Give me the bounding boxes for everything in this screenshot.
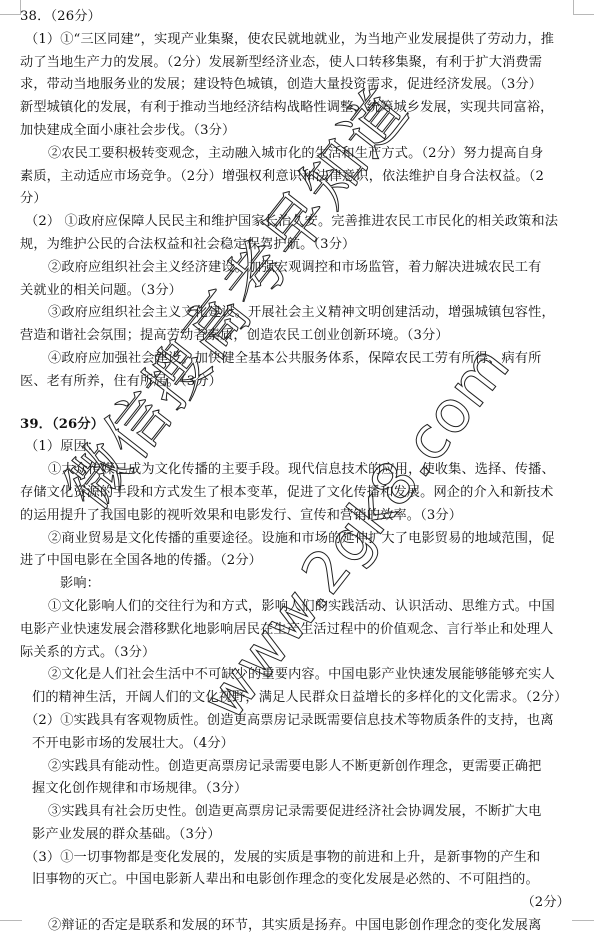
answer-line: （3）①一切事物都是变化发展的，发展的实质是事物的前进和上升，是新事物的产生和 <box>20 847 584 870</box>
question-heading: 39．（26分） <box>20 414 584 437</box>
answer-line: ④政府应加强社会建设。加快健全基本公共服务体系，保障农民工劳有所得、病有所 <box>20 348 584 371</box>
answer-line: ③实践具有社会历史性。创造更高票房记录需要促进经济社会协调发展，不断扩大电 <box>20 801 584 824</box>
answer-line: 不开电影市场的发展壮大。（4分） <box>20 733 584 756</box>
answer-line: 分） <box>20 188 584 211</box>
answer-line: 的运用提升了我国电影的视听效果和电影发行、宣传和营销的效率。（3分） <box>20 505 584 528</box>
answer-line: 关就业的相关问题。（3分） <box>20 280 584 303</box>
answer-line: 握文化创作规律和市场规律。（3分） <box>20 778 584 801</box>
page-corner-mark <box>0 0 21 15</box>
page-corner-mark <box>0 920 22 935</box>
answer-line: 加快建成全面小康社会步伐。（3分） <box>20 120 584 143</box>
section-gap <box>20 394 584 414</box>
answer-line: ②文化是人们社会生活中不可缺少的重要内容。中国电影产业快速发展能够能够充实人 <box>20 664 584 687</box>
answer-line: ①文化影响人们的交往行为和方式，影响人们的实践活动、认识活动、思维方式。中国 <box>20 596 584 619</box>
question-heading: 38．（26分） <box>20 6 584 29</box>
answer-line: 营造和谐社会氛围；提高劳动者素质，创造农民工创业创新环境。（3分） <box>20 325 584 348</box>
answer-line: ①大众传媒已成为文化传播的主要手段。现代信息技术的应用，使收集、选择、传播、 <box>20 459 584 482</box>
answer-line: 新型城镇化的发展，有利于推动当地经济结构战略性调整，统筹城乡发展，实现共同富裕， <box>20 97 584 120</box>
answer-line: ②商业贸易是文化传播的重要途径。设施和市场的延伸扩大了电影贸易的地域范围，促 <box>20 528 584 551</box>
answer-line: （1）①“三区同建”，实现产业集聚，使农民就地就业，为当地产业发展提供了劳动力，… <box>20 29 584 52</box>
answer-line: 际关系的方式。（3分） <box>20 642 584 665</box>
answer-line: 电影产业快速发展会潜移默化地影响居民在生产生活过程中的价值观念、言行举止和处理人 <box>20 619 584 642</box>
answer-line: （1）原因： <box>20 436 584 459</box>
question-38-answer: 38．（26分） （1）①“三区同建”，实现产业集聚，使农民就地就业，为当地产业… <box>20 6 584 394</box>
answer-line: 影产业发展的群众基础。（3分） <box>20 824 584 847</box>
answer-line: 们的精神生活，开阔人们的文化视野，满足人民群众日益增长的多样化的文化需求。（2分… <box>20 687 584 710</box>
question-39-answer: 39．（26分） （1）原因： ①大众传媒已成为文化传播的主要手段。现代信息技术… <box>20 414 584 935</box>
answer-line: ②政府应组织社会主义经济建设。加强宏观调控和市场监管，着力解决进城农民工有 <box>20 257 584 280</box>
answer-line: 动了当地生产力的发展。（2分）发展新型经济业态，使人口转移集聚，有利于扩大消费需 <box>20 52 584 75</box>
answer-subheading: 影响： <box>20 573 584 596</box>
answer-line: 医、老有所养，住有所居。（3分） <box>20 371 584 394</box>
answer-line: 求，带动当地服务业的发展；建设特色城镇，创造大量投资需求，促进经济发展。（3分） <box>20 74 584 97</box>
answer-line: ②实践具有能动性。创造更高票房记录需要电影人不断更新创作理念，更需要正确把 <box>20 756 584 779</box>
answer-line: （2）①实践具有客观物质性。创造更高票房记录既需要信息技术等物质条件的支持，也离 <box>20 710 584 733</box>
answer-line: ③政府应组织社会主义文化建设。开展社会主义精神文明创建活动，增强城镇包容性， <box>20 302 584 325</box>
answer-line: 素质，主动适应市场竞争。（2分）增强权利意识和法律意识，依法维护自身合法权益。（… <box>20 166 584 189</box>
answer-line: ②辩证的否定是联系和发展的环节，其实质是扬弃。中国电影创作理念的变化发展离 <box>20 915 584 935</box>
answer-line: 进了中国电影在全国各地的传播。（2分） <box>20 550 584 573</box>
answer-line: 存储文化资源的手段和方式发生了根本变革，促进了文化传播和发展。网企的介入和新技术 <box>20 482 584 505</box>
answer-line: ②农民工要积极转变观念，主动融入城市化的生活和生产方式。（2分）努力提高自身 <box>20 143 584 166</box>
answer-line: 规，为维护公民的合法权益和社会稳定保驾护航。（3分） <box>20 234 584 257</box>
answer-line: 旧事物的灭亡。中国电影新人辈出和电影创作理念的变化发展是必然的、不可阻挡的。 <box>20 869 584 892</box>
answer-document: 38．（26分） （1）①“三区同建”，实现产业集聚，使农民就地就业，为当地产业… <box>20 6 584 935</box>
answer-line: （2） ①政府应保障人民民主和维护国家长治久安。完善推进农民工市民化的相关政策和… <box>20 211 584 234</box>
score-note: （2分） <box>20 892 584 915</box>
